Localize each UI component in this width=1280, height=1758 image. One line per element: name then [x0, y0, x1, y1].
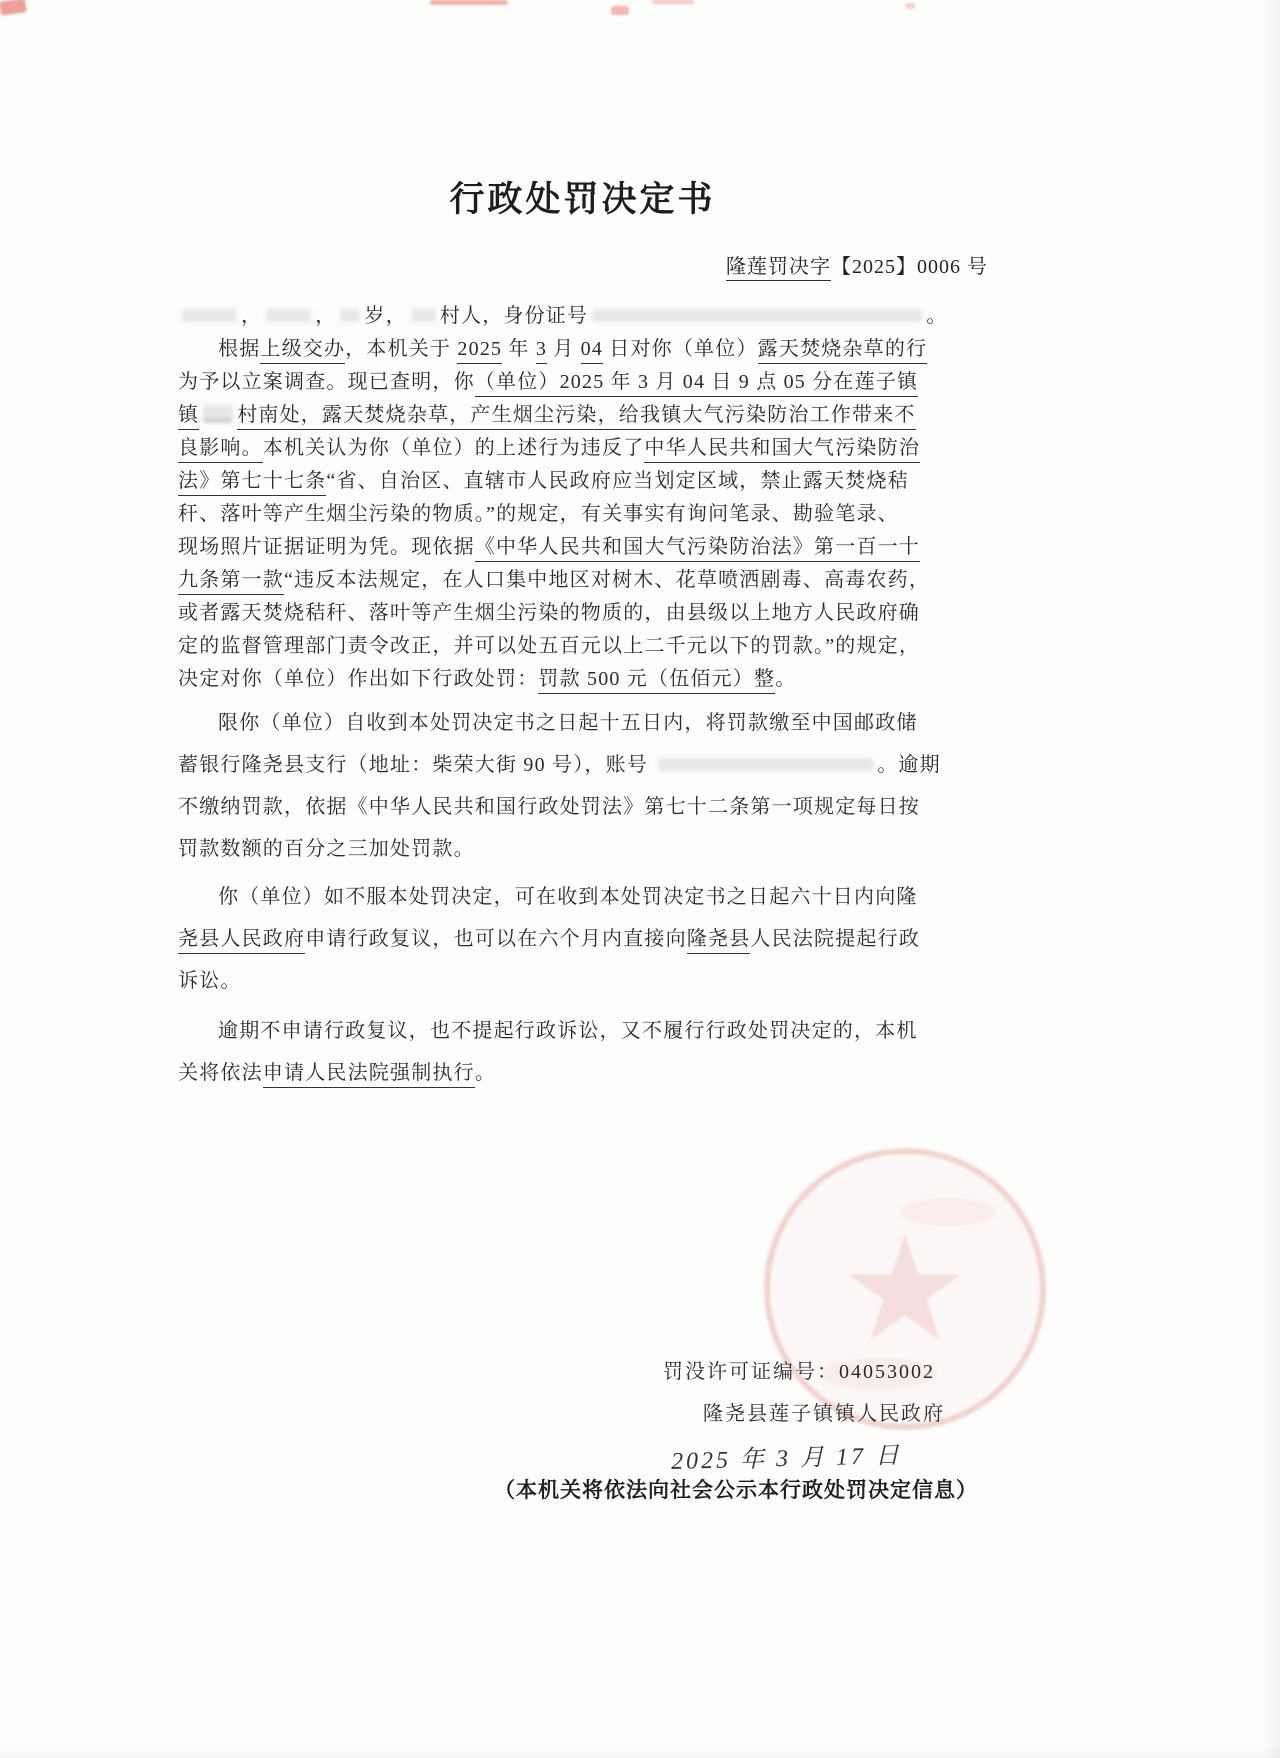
- body-line: 为予以立案调查。现已查明，你（单位）2025 年 3 月 04 日 9 点 05…: [178, 366, 996, 399]
- redacted-text: [658, 758, 873, 771]
- text-segment: 不缴纳罚款，依据《中华人民共和国行政处罚法》第七十二条第一项规定每日按: [178, 796, 920, 818]
- body-line: 诉讼。: [178, 960, 996, 1002]
- underlined-text: 尧县人民政府: [178, 928, 305, 954]
- text-segment: 诉讼。: [178, 970, 242, 992]
- text-segment: 村人，身份证号: [440, 305, 588, 327]
- underlined-text: 04: [581, 338, 603, 364]
- text-segment: ，: [241, 305, 262, 327]
- underlined-text: 3: [536, 338, 547, 364]
- text-segment: 逾期不申请行政复议，也不提起行政诉讼，又不履行行政处罚决定的，本机: [218, 1020, 918, 1042]
- scan-artifact: [0, 0, 27, 16]
- body-line: 蓄银行隆尧县支行（地址：柴荣大街 90 号），账号 。逾期: [178, 744, 996, 786]
- underlined-text: （单位）2025 年 3 月 04 日 9 点 05 分在莲子镇: [475, 371, 918, 397]
- text-segment: 蓄银行隆尧县支行（地址：柴荣大街 90 号），账号: [178, 754, 654, 776]
- redacted-text: [411, 309, 436, 322]
- underlined-text: 《中华人民共和国大气污染防治法》第一百一十: [475, 536, 920, 562]
- text-segment: 。逾期: [877, 754, 941, 776]
- public-disclosure-notice: （本机关将依法向社会公示本行政处罚决定信息）: [494, 1474, 978, 1504]
- text-segment: 定的监督管理部门责令改正，并可以处五百元以上二千元以下的罚款。”的规定，: [178, 635, 920, 657]
- body-line: 罚款数额的百分之三加处罚款。: [178, 828, 996, 870]
- text-segment: 限你（单位）自收到本处罚决定书之日起十五日内，将罚款缴至中国邮政储: [218, 712, 918, 734]
- body-line: 或者露天焚烧秸秆、落叶等产生烟尘污染的物质的，由县级以上地方人民政府确: [178, 597, 996, 630]
- text-segment: 。: [775, 668, 796, 690]
- scanned-penalty-decision-page: 行政处罚决定书 隆莲罚决字【2025】0006 号 ，，岁，村人，身份证号。根据…: [0, 0, 1280, 1758]
- body-line: 尧县人民政府申请行政复议，也可以在六个月内直接向隆尧县人民法院提起行政: [178, 918, 996, 960]
- underlined-text: 隆尧县: [687, 928, 751, 954]
- text-segment: 本机关认为你（单位）的上述行为违反了: [263, 437, 645, 459]
- text-segment: 日对你（单位）: [603, 338, 758, 360]
- text-segment: 根据: [218, 338, 260, 360]
- underlined-text: 九条第一款: [178, 569, 284, 595]
- redacted-text: [592, 309, 922, 322]
- body-line: 秆、落叶等产生烟尘污染的物质。”的规定，有关事实有询问笔录、勘验笔录、: [178, 498, 996, 531]
- official-red-stamp: [758, 1142, 1052, 1436]
- text-segment: 关将依法: [178, 1062, 263, 1084]
- document-title: 行政处罚决定书: [0, 172, 1165, 222]
- text-segment: 岁，: [364, 305, 406, 327]
- scan-edge-shading: [1264, 0, 1280, 1758]
- text-segment: 月: [547, 338, 581, 360]
- issuing-agency: 隆尧县莲子镇镇人民政府: [703, 1397, 945, 1426]
- redacted-text: [266, 309, 311, 322]
- body-line: 九条第一款“违反本法规定，在人口集中地区对树木、花草喷洒剧毒、高毒农药，: [178, 564, 996, 597]
- redacted-text: [182, 309, 237, 322]
- text-segment: 现场照片证据证明为凭。现依据: [178, 536, 475, 558]
- text-segment: 或者露天焚烧秸秆、落叶等产生烟尘污染的物质的，由县级以上地方人民政府确: [178, 602, 920, 624]
- underlined-text: 2025: [457, 338, 502, 364]
- underlined-text: 法》第七十七条: [178, 470, 326, 496]
- body-line: 关将依法申请人民法院强制执行。: [178, 1052, 996, 1094]
- doc-number-prefix: 隆莲罚决字: [726, 256, 831, 281]
- body-line: 限你（单位）自收到本处罚决定书之日起十五日内，将罚款缴至中国邮政储: [178, 702, 996, 744]
- body-line: 根据上级交办，本机关于 2025 年 3 月 04 日对你（单位）露天焚烧杂草的…: [178, 333, 996, 366]
- text-segment: ，本机关于: [345, 338, 457, 360]
- body-line: 良影响。本机关认为你（单位）的上述行为违反了中华人民共和国大气污染防治: [178, 432, 996, 465]
- body-line: 法》第七十七条“省、自治区、直辖市人民政府应当划定区域，禁止露天焚烧秸: [178, 465, 996, 498]
- scan-artifact: [652, 0, 694, 4]
- stamp-star-icon: [849, 1234, 961, 1340]
- redacted-text: [340, 309, 360, 322]
- scan-artifact: [611, 6, 629, 15]
- text-segment: 人民法院提起行政: [750, 928, 920, 950]
- underlined-text: 上级交办: [260, 338, 345, 364]
- handwritten-date: 2025 年 3 月 17 日: [671, 1435, 903, 1476]
- document-body: ，，岁，村人，身份证号。根据上级交办，本机关于 2025 年 3 月 04 日对…: [178, 300, 996, 1094]
- doc-number-rest: 【2025】0006 号: [831, 256, 988, 278]
- body-line: 你（单位）如不服本处罚决定，可在收到本处罚决定书之日起六十日内向隆: [178, 876, 996, 918]
- scan-artifact: [430, 0, 508, 5]
- underlined-text: 罚款 500 元（伍佰元）整: [538, 668, 775, 694]
- doc-number: 隆莲罚决字【2025】0006 号: [726, 250, 988, 279]
- text-segment: 。: [926, 305, 947, 327]
- paragraph-enforcement-warning: 逾期不申请行政复议，也不提起行政诉讼，又不履行行政处罚决定的，本机关将依法申请人…: [178, 1010, 996, 1094]
- body-line: ，，岁，村人，身份证号。: [178, 300, 996, 333]
- scan-edge-shading: [0, 1748, 1280, 1758]
- text-segment: 罚款数额的百分之三加处罚款。: [178, 838, 475, 860]
- text-segment: 决定对你（单位）作出如下行政处罚：: [178, 668, 538, 690]
- text-segment: ，: [315, 305, 336, 327]
- text-segment: 秆、落叶等产生烟尘污染的物质。”的规定，有关事实有询问笔录、勘验笔录、: [178, 503, 899, 525]
- paragraph-payment-instructions: 限你（单位）自收到本处罚决定书之日起十五日内，将罚款缴至中国邮政储蓄银行隆尧县支…: [178, 702, 996, 870]
- underlined-text: 中华人民共和国大气污染防治: [644, 437, 920, 463]
- text-segment: 。: [475, 1062, 496, 1084]
- paragraph-findings-and-penalty: 根据上级交办，本机关于 2025 年 3 月 04 日对你（单位）露天焚烧杂草的…: [178, 333, 996, 696]
- underlined-text: 村南处，露天焚烧杂草，产生烟尘污染，给我镇大气污染防治工作带来不: [237, 404, 915, 430]
- paragraph-review-rights: 你（单位）如不服本处罚决定，可在收到本处罚决定书之日起六十日内向隆尧县人民政府申…: [178, 876, 996, 1002]
- redacted-text: [203, 405, 233, 422]
- underlined-text: 申请人民法院强制执行: [263, 1062, 475, 1088]
- body-line: 镇村南处，露天焚烧杂草，产生烟尘污染，给我镇大气污染防治工作带来不: [178, 399, 996, 432]
- text-segment: 为予以立案调查。现已查明，你: [178, 371, 475, 393]
- underlined-text: 良影响。: [178, 437, 263, 463]
- paragraph-party-info: ，，岁，村人，身份证号。: [178, 300, 996, 333]
- text-segment: 年: [502, 338, 536, 360]
- body-line: 现场照片证据证明为凭。现依据《中华人民共和国大气污染防治法》第一百一十: [178, 531, 996, 564]
- underlined-text: 镇: [178, 404, 199, 430]
- text-segment: 申请行政复议，也可以在六个月内直接向: [305, 928, 687, 950]
- body-line: 不缴纳罚款，依据《中华人民共和国行政处罚法》第七十二条第一项规定每日按: [178, 786, 996, 828]
- text-segment: “省、自治区、直辖市人民政府应当划定区域，禁止露天焚烧秸: [326, 470, 908, 492]
- scan-artifact: [905, 3, 915, 9]
- underlined-text: 露天焚烧杂草的行: [758, 338, 928, 364]
- text-segment: “违反本法规定，在人口集中地区对树木、花草喷洒剧毒、高毒农药，: [284, 569, 930, 591]
- body-line: 决定对你（单位）作出如下行政处罚：罚款 500 元（伍佰元）整。: [178, 663, 996, 696]
- permit-number-line: 罚没许可证编号：04053002: [663, 1355, 935, 1384]
- body-line: 逾期不申请行政复议，也不提起行政诉讼，又不履行行政处罚决定的，本机: [178, 1010, 996, 1052]
- text-segment: 你（单位）如不服本处罚决定，可在收到本处罚决定书之日起六十日内向隆: [218, 886, 918, 908]
- body-line: 定的监督管理部门责令改正，并可以处五百元以上二千元以下的罚款。”的规定，: [178, 630, 996, 663]
